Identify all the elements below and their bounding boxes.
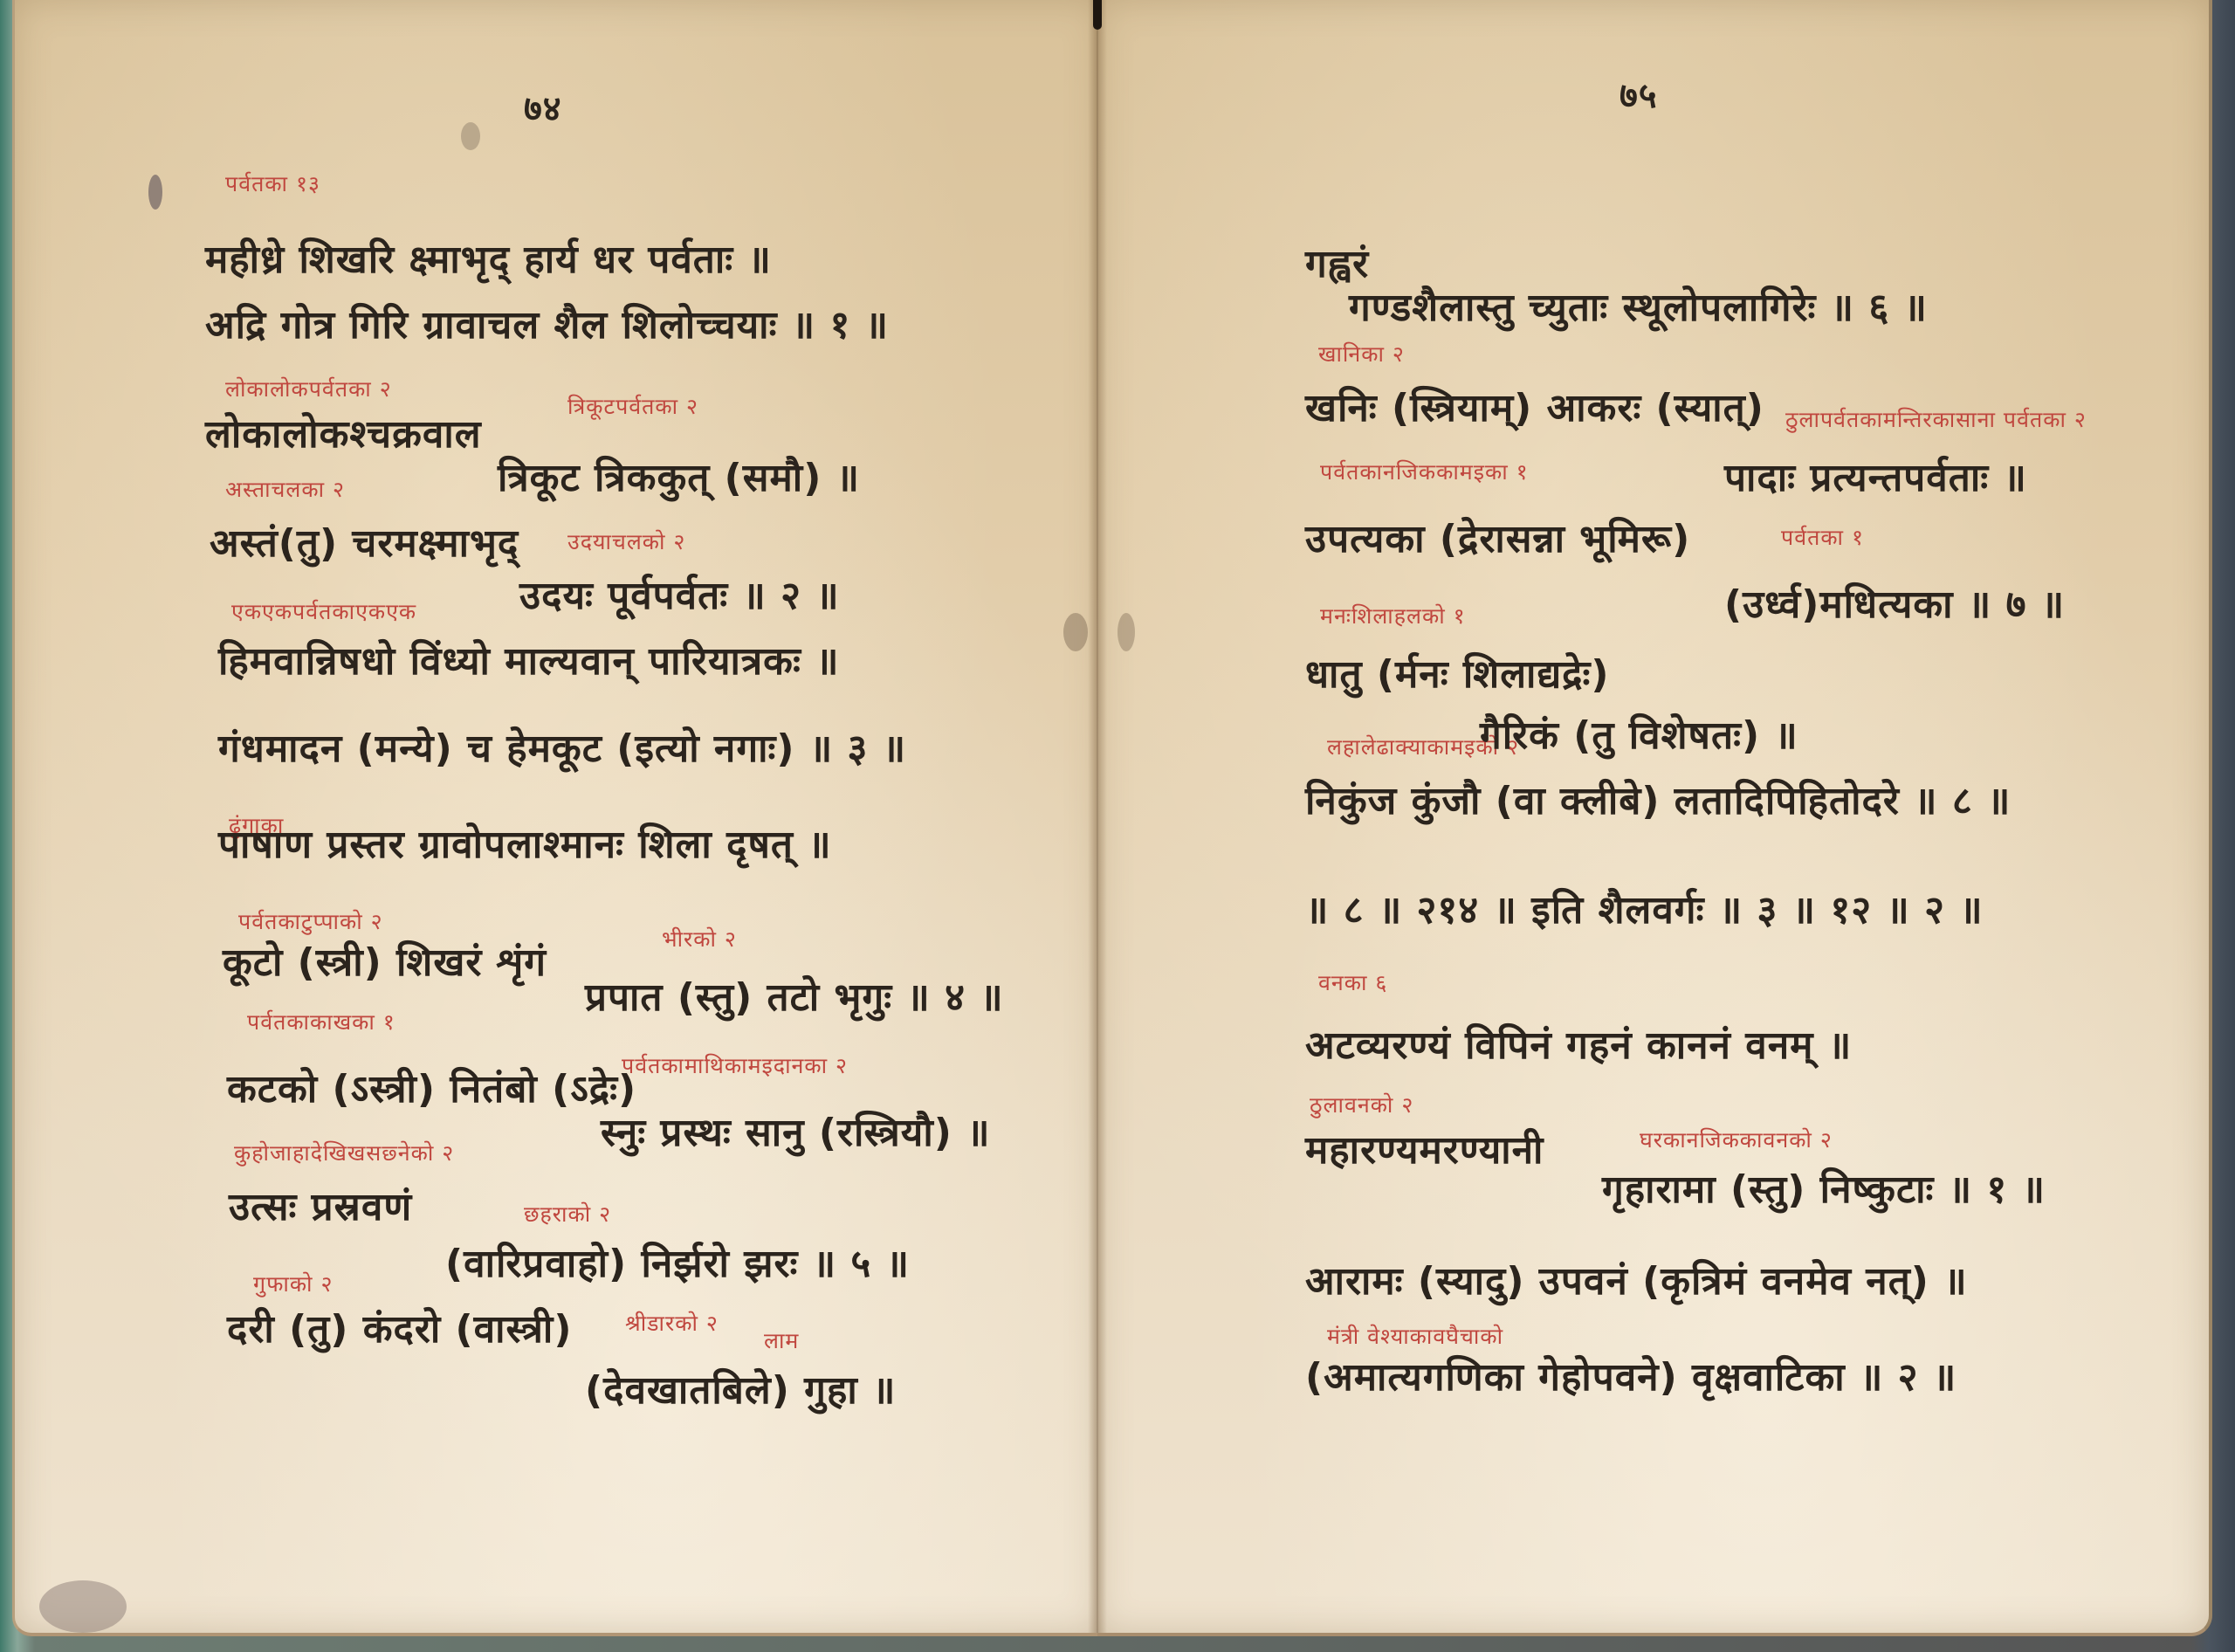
- verse-line: आरामः (स्यादु) उपवनं (कृत्रिमं वनमेव नत्…: [1305, 1253, 1968, 1305]
- red-gloss-annotation: पर्वतकाकाखका १: [247, 1007, 395, 1036]
- red-gloss-annotation: पर्वतका १: [1781, 522, 1864, 552]
- red-gloss-annotation: वनका ६: [1318, 967, 1387, 997]
- verse-line: स्नुः प्रस्थः सानु (रस्त्रियौ) ॥: [601, 1105, 991, 1157]
- verse-line: अद्रि गोत्र गिरि ग्रावाचल शैल शिलोच्चयाः…: [205, 297, 889, 349]
- verse-line: कटको (ऽस्त्री) नितंबो (ऽद्रेः): [227, 1061, 636, 1113]
- verse-line: गृहारामा (स्तु) निष्कुटाः ॥ १ ॥: [1602, 1161, 2046, 1214]
- red-gloss-annotation: लोकालोकपर्वतका २: [225, 374, 392, 403]
- binding-gap: [1093, 0, 1102, 30]
- red-gloss-annotation: ठुलावनको २: [1310, 1090, 1413, 1119]
- verse-line: महारण्यमरण्यानी: [1305, 1122, 1544, 1174]
- verse-line: उपत्यका (द्रेरासन्ना भूमिरू): [1305, 511, 1690, 563]
- verse-line: (वारिप्रवाहो) निर्झरो झरः ॥ ५ ॥: [445, 1236, 910, 1288]
- verse-line: धातु (र्मनः शिलाद्यद्रेः): [1305, 646, 1610, 699]
- red-gloss-annotation: पर्वतकामाथिकामइदानका २: [622, 1050, 848, 1080]
- stain: [461, 122, 480, 150]
- verse-line: (उर्ध्व)मधित्यका ॥ ७ ॥: [1724, 576, 2065, 629]
- verse-line: उत्सः प्रस्रवणं: [229, 1179, 412, 1231]
- red-gloss-annotation: पर्वतका १३: [225, 169, 320, 198]
- verse-line: (अमात्यगणिका गेहोपवने) वृक्षवाटिका ॥ २ ॥: [1305, 1349, 1956, 1401]
- right-page-number: ७५: [1620, 70, 1658, 118]
- verse-line: गण्डशैलास्तु च्युताः स्थूलोपलागिरेः ॥ ६ …: [1349, 279, 1928, 332]
- red-gloss-annotation: मंत्री वेश्याकावघैचाको: [1327, 1321, 1503, 1351]
- red-gloss-annotation: उदयाचलको २: [567, 527, 685, 556]
- verse-line: कूटो (स्त्री) शिखरं शृंगं: [223, 934, 547, 987]
- red-gloss-annotation: त्रिकूटपर्वतका २: [567, 391, 698, 421]
- stain: [148, 175, 162, 210]
- verse-line: लोकालोकश्चक्रवाल: [205, 406, 482, 458]
- red-gloss-annotation: एकएकपर्वतकाएकएक: [231, 596, 416, 626]
- red-gloss-annotation: घरकानजिककावनको २: [1640, 1125, 1833, 1154]
- left-page-number: ७४: [524, 83, 562, 131]
- verse-line: त्रिकूट त्रिककुत् (समौ) ॥: [498, 450, 860, 502]
- verse-line: ॥ ८ ॥ २१४ ॥ इति शैलवर्गः ॥ ३ ॥ १२ ॥ २ ॥: [1305, 882, 1984, 934]
- verse-line: गंधमादन (मन्ये) च हेमकूट (इत्यो नगाः) ॥ …: [218, 720, 906, 773]
- red-gloss-annotation: ठुलापर्वतकामन्तिरकासाना पर्वतका २: [1785, 404, 2087, 434]
- verse-line: (देवखातबिले) गुहा ॥: [585, 1362, 896, 1415]
- verse-line: हिमवान्निषधो विंध्यो माल्यवान् पारियात्र…: [218, 633, 840, 685]
- red-gloss-annotation: पर्वतकाटुप्पाको २: [238, 906, 383, 936]
- book-gutter: [1088, 0, 1107, 1633]
- stain: [1063, 613, 1088, 651]
- verse-line: निकुंज कुंजौ (वा क्लीबे) लतादिपिहितोदरे …: [1305, 773, 2011, 825]
- red-gloss-annotation: अस्ताचलका २: [225, 474, 345, 504]
- red-gloss-annotation: श्रीडारको २: [625, 1308, 719, 1338]
- verse-line: अस्तं(तु) चरमक्ष्माभृद्: [210, 515, 519, 568]
- red-gloss-annotation: लाम: [764, 1325, 799, 1355]
- verse-line: प्रपात (स्तु) तटो भृगुः ॥ ४ ॥: [585, 969, 1004, 1022]
- red-gloss-annotation: पर्वतकानजिककामइका १: [1320, 457, 1529, 486]
- verse-line: खनिः (स्त्रियाम्) आकरः (स्यात्): [1305, 380, 1764, 432]
- red-gloss-annotation: छहराको २: [524, 1199, 611, 1229]
- verse-line: पादाः प्रत्यन्तपर्वताः ॥: [1724, 450, 2027, 502]
- red-gloss-annotation: गुफाको २: [253, 1269, 333, 1298]
- red-gloss-annotation: मनःशिलाहलको १: [1320, 601, 1466, 630]
- verse-line: दरी (तु) कंदरो (वास्त्री): [227, 1301, 572, 1353]
- verse-line: महीध्रे शिखरि क्ष्माभृद् हार्य धर पर्वता…: [205, 231, 772, 284]
- verse-line: पाषाण प्रस्तर ग्रावोपलाश्मानः शिला दृषत्…: [218, 816, 832, 869]
- verse-line: गैरिकं (तु विशेषतः) ॥: [1480, 707, 1798, 760]
- red-gloss-annotation: कुहोजाहादेखिखसछ्नेको २: [234, 1138, 454, 1167]
- verse-line: अटव्यरण्यं विपिनं गहनं काननं वनम् ॥: [1305, 1017, 1852, 1070]
- verse-line: उदयः पूर्वपर्वतः ॥ २ ॥: [519, 568, 840, 620]
- red-gloss-annotation: भीरको २: [662, 924, 737, 953]
- stain: [39, 1580, 127, 1633]
- red-gloss-annotation: खानिका २: [1318, 339, 1405, 368]
- stain: [1117, 613, 1135, 651]
